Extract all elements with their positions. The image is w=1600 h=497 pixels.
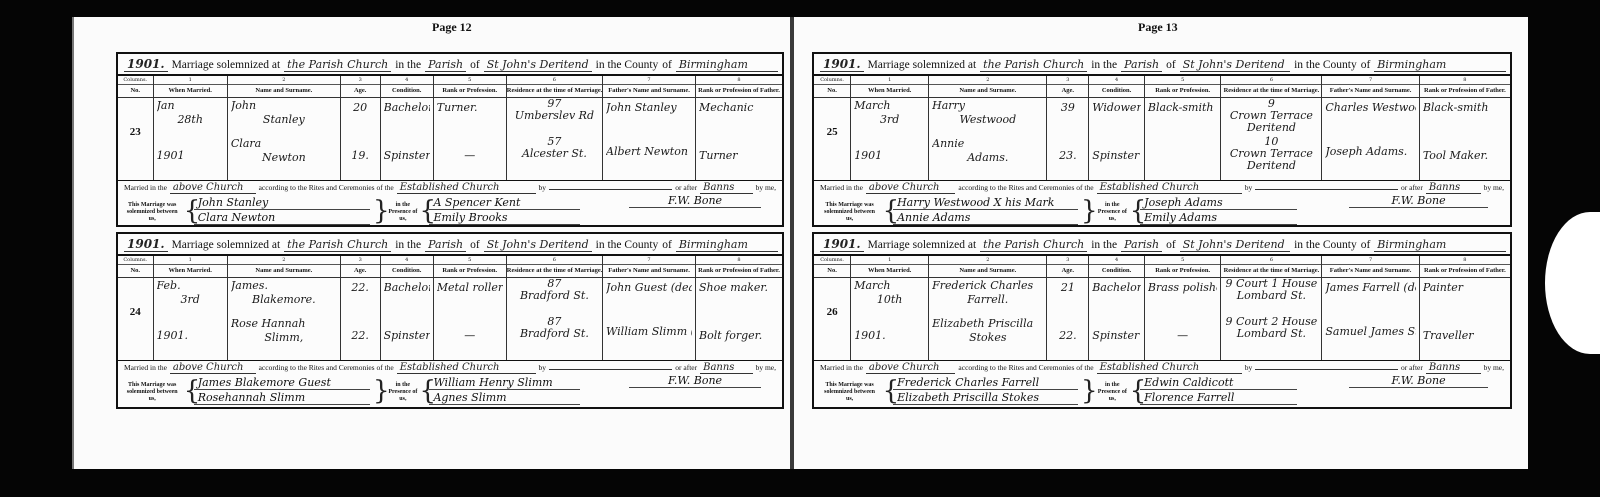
cell-residence: Bradford St. (510, 328, 599, 340)
column-number: 5 (1145, 76, 1221, 85)
bride-signature: Rosehannah Slimm (194, 391, 371, 405)
witness1-signature: Joseph Adams (1140, 196, 1297, 210)
church-field: above Church (170, 362, 256, 374)
cell-age: 21 (1050, 282, 1085, 294)
label-rites: according to the Rites and Ceremonies of… (958, 363, 1093, 372)
label-by-me: by me, (1484, 183, 1504, 192)
church-field: above Church (866, 182, 956, 194)
column-header-father-rank: Rank or Profession of Father. (696, 85, 782, 98)
page-edge-highlight (1545, 212, 1600, 354)
column-header-residence: Residence at the time of Marriage. (1221, 85, 1321, 98)
cell-condition: Bachelor. (384, 282, 430, 294)
column-header-name: Name and Surname. (929, 85, 1046, 98)
groom-signature: Harry Westwood X his Mark (893, 196, 1078, 210)
cell-name: Blakemore. (231, 294, 337, 306)
column-condition: 4 Condition.BachelorSpinster (380, 76, 433, 180)
married-in-line: Married in the above Church according to… (124, 362, 776, 374)
cell-condition: Spinster (1092, 330, 1141, 342)
entry-number: 24 (118, 306, 153, 318)
cell-when-married: 28th (157, 114, 224, 126)
column-father-name: 7 Father's Name and Surname.John Guest (… (602, 256, 695, 360)
cell-father-name: John Stanley (606, 102, 692, 114)
cell-age: 20 (344, 102, 377, 114)
column-header-residence: Residence at the time of Marriage. (1221, 265, 1321, 278)
groom-signature: James Blakemore Guest (194, 376, 371, 390)
county-field: Birmingham (1374, 58, 1506, 72)
cell-father-rank: Tool Maker. (1423, 150, 1507, 162)
label-of: of (1361, 239, 1371, 251)
column-header-residence: Residence at the time of Marriage. (507, 265, 602, 278)
column-father-rank: 8 Rank or Profession of Father.Black-smi… (1419, 76, 1510, 180)
label-by: by (1245, 183, 1253, 192)
column-rank: 5 Rank or Profession.Black-smith (1144, 76, 1221, 180)
entry-year: 1901. (124, 237, 168, 252)
cell-father-name: William Slimm (dead) (606, 326, 692, 338)
label-by-me: by me, (756, 363, 776, 372)
column-header-age: Age. (341, 265, 380, 278)
column-header-no: No. (814, 265, 850, 278)
column-number: 7 (603, 76, 695, 85)
label-rites: according to the Rites and Ceremonies of… (958, 183, 1093, 192)
county-field: Birmingham (676, 238, 778, 252)
cell-condition: Bachelor (384, 102, 430, 114)
column-condition: 4 Condition.Bachelor.Spinster (380, 256, 433, 360)
signature-block: This Marriage was solemnized between us,… (820, 196, 1504, 226)
column-number: 4 (381, 256, 433, 265)
label-or-after: or after (675, 183, 697, 192)
banns-field: Banns (1426, 362, 1481, 374)
cell-when-married: Jan (157, 100, 224, 112)
column-header-father-name: Father's Name and Surname. (603, 265, 695, 278)
blank-field (549, 189, 672, 190)
label-of: of (1166, 59, 1176, 71)
column-number: 2 (228, 256, 340, 265)
cell-father-rank: Traveller (1423, 330, 1507, 342)
cell-name: Stanley (231, 114, 337, 126)
page-number-12: Page 12 (432, 20, 472, 35)
cell-residence: Crown Terrace (1224, 110, 1318, 122)
entry-year: 1901. (124, 57, 168, 72)
column-number: 7 (603, 256, 695, 265)
column-number: 6 (1221, 76, 1321, 85)
entry-title-line: 1901. Marriage solemnized at the Parish … (124, 237, 778, 252)
district-type-field: Parish (1121, 58, 1162, 72)
column-age: 3 Age.22.22. (340, 256, 380, 360)
witness1-signature: A Spencer Kent (429, 196, 579, 210)
column-age: 3 Age.3923. (1046, 76, 1088, 180)
cell-father-rank: Shoe maker. (699, 282, 779, 294)
column-rank: 5 Rank or Profession.Metal roller— (433, 256, 506, 360)
rites-field: Established Church (1097, 182, 1242, 194)
officiant-signature: F.W. Bone (629, 194, 762, 208)
column-residence: 6 Residence at the time of Marriage.97Um… (506, 76, 602, 180)
label-in-the: in the (1091, 239, 1117, 251)
cell-father-rank: Bolt forger. (699, 330, 779, 342)
column-number: 8 (1420, 76, 1510, 85)
label-of: of (1166, 239, 1176, 251)
label-solemnized: Marriage solemnized at (868, 59, 977, 71)
label-or-after: or after (675, 363, 697, 372)
column-number: 7 (1322, 256, 1418, 265)
church-field: above Church (866, 362, 956, 374)
cell-when-married: 1901. (854, 330, 925, 342)
column-header-no: No. (118, 265, 153, 278)
column-header-age: Age. (1047, 265, 1088, 278)
cell-name: Slimm, (231, 332, 337, 344)
label-solemnized: Marriage solemnized at (172, 59, 281, 71)
label-of: of (662, 239, 672, 251)
cell-residence: 9 Court 1 House (1224, 278, 1318, 290)
column-father-name: 7 Father's Name and Surname.Charles West… (1321, 76, 1418, 180)
column-father-rank: 8 Rank or Profession of Father.Shoe make… (695, 256, 782, 360)
label-solemnized-between: This Marriage was solemnized between us, (124, 202, 180, 223)
label-in-the: in the (395, 59, 421, 71)
banns-field: Banns (700, 362, 752, 374)
label-rites: according to the Rites and Ceremonies of… (259, 363, 394, 372)
cell-residence: Lombard St. (1224, 290, 1318, 302)
witness1-signature: William Henry Slimm (429, 376, 579, 390)
blank-field (549, 369, 672, 370)
cell-father-name: Samuel James Stokes (dead) (1325, 326, 1415, 338)
cell-residence: Umberslev Rd (510, 110, 599, 122)
column-header-father-name: Father's Name and Surname. (1322, 85, 1418, 98)
column-age: 3 Age.2122. (1046, 256, 1088, 360)
signature-block: This Marriage was solemnized between us,… (124, 376, 776, 406)
column-header-father-rank: Rank or Profession of Father. (696, 265, 782, 278)
cell-father-rank: Mechanic (699, 102, 779, 114)
district-field: St John's Deritend (484, 238, 592, 252)
cell-name: Harry (932, 100, 1043, 112)
column-header-no: No. (118, 85, 153, 98)
cell-when-married: 3rd (157, 294, 224, 306)
officiant-signature: F.W. Bone (1349, 194, 1488, 208)
label-solemnized: Marriage solemnized at (172, 239, 281, 251)
cell-father-name: John Guest (dead) (606, 282, 692, 294)
cell-age: 19. (344, 150, 377, 162)
cell-name: Annie (932, 138, 1043, 150)
groom-signature: Frederick Charles Farrell (893, 376, 1078, 390)
column-header-name: Name and Surname. (228, 85, 340, 98)
entry-year: 1901. (820, 237, 864, 252)
column-number: 2 (228, 76, 340, 85)
column-no: Columns. No.25 (814, 76, 850, 180)
label-of: of (662, 59, 672, 71)
cell-rank: — (437, 150, 503, 162)
column-number: Columns. (814, 256, 850, 265)
column-age: 3 Age.2019. (340, 76, 380, 180)
cell-condition: Spinster (384, 330, 430, 342)
label-by-me: by me, (756, 183, 776, 192)
column-header-father-rank: Rank or Profession of Father. (1420, 85, 1510, 98)
column-header-condition: Condition. (381, 265, 433, 278)
bride-signature: Annie Adams (893, 211, 1078, 225)
banns-field: Banns (700, 182, 752, 194)
entry-title-line: 1901. Marriage solemnized at the Parish … (820, 57, 1506, 72)
cell-age: 39 (1050, 102, 1085, 114)
column-no: Columns. No.26 (814, 256, 850, 360)
column-number: 3 (341, 256, 380, 265)
cell-father-name: Albert Newton (606, 146, 692, 158)
column-no: Columns. No.24 (118, 256, 153, 360)
officiant-signature: F.W. Bone (629, 374, 762, 388)
column-number: 8 (696, 76, 782, 85)
label-married-in: Married in the (820, 363, 863, 372)
column-number: Columns. (118, 256, 153, 265)
signature-block: This Marriage was solemnized between us,… (820, 376, 1504, 406)
bride-signature: Clara Newton (194, 211, 371, 225)
label-county: in the County (1294, 239, 1357, 251)
cell-rank: — (437, 330, 503, 342)
column-number: 1 (154, 256, 227, 265)
label-by: by (539, 363, 547, 372)
column-residence: 6 Residence at the time of Marriage.9 Co… (1220, 256, 1321, 360)
column-number: 4 (1089, 256, 1144, 265)
district-field: St John's Deritend (484, 58, 592, 72)
district-field: St John's Deritend (1180, 238, 1290, 252)
column-father-rank: 8 Rank or Profession of Father.PainterTr… (1419, 256, 1510, 360)
cell-condition: Spinster (1092, 150, 1141, 162)
entry-number: 23 (118, 126, 153, 138)
label-married-in: Married in the (124, 363, 167, 372)
label-of: of (470, 59, 480, 71)
cell-residence: 57 (510, 136, 599, 148)
cell-rank: Brass polisher (1148, 282, 1218, 294)
cell-age: 23. (1050, 150, 1085, 162)
column-residence: 6 Residence at the time of Marriage.9Cro… (1220, 76, 1321, 180)
entry-title-line: 1901. Marriage solemnized at the Parish … (124, 57, 778, 72)
cell-residence: Bradford St. (510, 290, 599, 302)
column-number: 1 (851, 76, 928, 85)
column-number: 4 (381, 76, 433, 85)
cell-when-married: 10th (854, 294, 925, 306)
label-rites: according to the Rites and Ceremonies of… (259, 183, 394, 192)
cell-residence: 10 (1224, 136, 1318, 148)
married-in-line: Married in the above Church according to… (820, 362, 1504, 374)
column-header-rank: Rank or Profession. (1145, 265, 1221, 278)
cell-residence: Crown Terrace (1224, 148, 1318, 160)
column-header-father-name: Father's Name and Surname. (1322, 265, 1418, 278)
blank-field (1255, 369, 1398, 370)
column-header-condition: Condition. (1089, 265, 1144, 278)
witness2-signature: Emily Brooks (429, 211, 579, 225)
cell-father-rank: Painter (1423, 282, 1507, 294)
label-married-in: Married in the (124, 183, 167, 192)
cell-rank: — (1148, 330, 1218, 342)
column-header-name: Name and Surname. (929, 265, 1046, 278)
column-header-when-married: When Married. (851, 265, 928, 278)
cell-name: Clara (231, 138, 337, 150)
column-condition: 4 Condition.WidowerSpinster (1088, 76, 1144, 180)
column-name: 2 Name and Surname.JohnStanleyClaraNewto… (227, 76, 340, 180)
register-entry-24: 1901. Marriage solemnized at the Parish … (116, 232, 784, 409)
column-header-father-name: Father's Name and Surname. (603, 85, 695, 98)
county-field: Birmingham (1374, 238, 1506, 252)
entry-table: Columns. No.26 1 When Married.March10th1… (814, 254, 1510, 361)
label-county: in the County (596, 59, 659, 71)
column-number: 2 (929, 76, 1046, 85)
label-by-me: by me, (1484, 363, 1504, 372)
column-number: 3 (1047, 76, 1088, 85)
district-type-field: Parish (1121, 238, 1162, 252)
cell-age: 22. (1050, 330, 1085, 342)
column-father-name: 7 Father's Name and Surname.John Stanley… (602, 76, 695, 180)
cell-rank: Turner. (437, 102, 503, 114)
entry-title-line: 1901. Marriage solemnized at the Parish … (820, 237, 1506, 252)
label-married-in: Married in the (820, 183, 863, 192)
label-solemnized-between: This Marriage was solemnized between us, (820, 382, 879, 403)
column-header-no: No. (814, 85, 850, 98)
column-number: 7 (1322, 76, 1418, 85)
married-in-line: Married in the above Church according to… (124, 182, 776, 194)
column-header-residence: Residence at the time of Marriage. (507, 85, 602, 98)
entry-year: 1901. (820, 57, 864, 72)
cell-name: John (231, 100, 337, 112)
column-number: 1 (851, 256, 928, 265)
cell-condition: Widower (1092, 102, 1141, 114)
column-header-rank: Rank or Profession. (434, 85, 506, 98)
label-county: in the County (1294, 59, 1357, 71)
cell-residence: 87 (510, 278, 599, 290)
label-presence: in the Presence of us, (386, 382, 419, 403)
column-header-father-rank: Rank or Profession of Father. (1420, 265, 1510, 278)
cell-residence: Deritend (1224, 122, 1318, 134)
register-entry-25: 1901. Marriage solemnized at the Parish … (812, 52, 1512, 227)
register-entry-23: 1901. Marriage solemnized at the Parish … (116, 52, 784, 227)
column-header-when-married: When Married. (851, 85, 928, 98)
cell-residence: 97 (510, 98, 599, 110)
entry-table: Columns. No.23 1 When Married.Jan28th190… (118, 74, 782, 181)
column-name: 2 Name and Surname.James.Blakemore.Rose … (227, 256, 340, 360)
column-header-when-married: When Married. (154, 265, 227, 278)
place-field: the Parish Church (284, 238, 391, 252)
column-residence: 6 Residence at the time of Marriage.87Br… (506, 256, 602, 360)
witness2-signature: Florence Farrell (1140, 391, 1297, 405)
entry-table: Columns. No.25 1 When Married.March3rd19… (814, 74, 1510, 181)
column-rank: 5 Rank or Profession.Brass polisher— (1144, 256, 1221, 360)
column-number: 6 (1221, 256, 1321, 265)
cell-name: Adams. (932, 152, 1043, 164)
cell-residence: 87 (510, 316, 599, 328)
column-header-name: Name and Surname. (228, 265, 340, 278)
cell-when-married: 1901 (157, 150, 224, 162)
cell-when-married: 1901. (157, 330, 224, 342)
married-in-line: Married in the above Church according to… (820, 182, 1504, 194)
column-number: 3 (1047, 256, 1088, 265)
cell-when-married: 3rd (854, 114, 925, 126)
column-number: 4 (1089, 76, 1144, 85)
cell-condition: Spinster (384, 150, 430, 162)
label-of: of (1361, 59, 1371, 71)
register-entry-26: 1901. Marriage solemnized at the Parish … (812, 232, 1512, 409)
cell-name: Newton (231, 152, 337, 164)
column-header-when-married: When Married. (154, 85, 227, 98)
district-type-field: Parish (425, 238, 466, 252)
banns-field: Banns (1426, 182, 1481, 194)
label-of: of (470, 239, 480, 251)
label-or-after: or after (1401, 363, 1423, 372)
column-name: 2 Name and Surname.Frederick CharlesFarr… (928, 256, 1046, 360)
column-header-rank: Rank or Profession. (434, 265, 506, 278)
label-presence: in the Presence of us, (1095, 382, 1130, 403)
label-by: by (539, 183, 547, 192)
cell-residence: Alcester St. (510, 148, 599, 160)
column-when-married: 1 When Married.Feb.3rd1901. (153, 256, 227, 360)
bride-signature: Elizabeth Priscilla Stokes (893, 391, 1078, 405)
column-number: 6 (507, 76, 602, 85)
entry-number: 26 (814, 306, 850, 318)
column-when-married: 1 When Married.March3rd1901 (850, 76, 928, 180)
column-number: 1 (154, 76, 227, 85)
column-header-age: Age. (341, 85, 380, 98)
entry-table: Columns. No.24 1 When Married.Feb.3rd190… (118, 254, 782, 361)
district-type-field: Parish (425, 58, 466, 72)
column-when-married: 1 When Married.Jan28th1901 (153, 76, 227, 180)
column-number: 6 (507, 256, 602, 265)
cell-age: 22. (344, 330, 377, 342)
cell-father-rank: Black-smith (1423, 102, 1507, 114)
cell-rank: Metal roller (437, 282, 503, 294)
column-condition: 4 Condition.BachelorSpinster (1088, 256, 1144, 360)
label-county: in the County (596, 239, 659, 251)
label-solemnized: Marriage solemnized at (868, 239, 977, 251)
cell-residence: 9 (1224, 98, 1318, 110)
cell-name: Farrell. (932, 294, 1043, 306)
column-number: 8 (1420, 256, 1510, 265)
cell-when-married: 1901 (854, 150, 925, 162)
label-presence: in the Presence of us, (1095, 202, 1130, 223)
witness1-signature: Edwin Caldicott (1140, 376, 1297, 390)
groom-signature: John Stanley (194, 196, 371, 210)
witness2-signature: Emily Adams (1140, 211, 1297, 225)
blank-field (1255, 189, 1398, 190)
column-number: 5 (434, 76, 506, 85)
label-presence: in the Presence of us, (386, 202, 419, 223)
column-father-rank: 8 Rank or Profession of Father.MechanicT… (695, 76, 782, 180)
cell-father-name: Joseph Adams. (1325, 146, 1415, 158)
cell-name: Rose Hannah (231, 318, 337, 330)
cell-residence: 9 Court 2 House (1224, 316, 1318, 328)
column-rank: 5 Rank or Profession.Turner.— (433, 76, 506, 180)
rites-field: Established Church (1097, 362, 1242, 374)
cell-father-rank: Turner (699, 150, 779, 162)
label-by: by (1245, 363, 1253, 372)
rites-field: Established Church (397, 362, 536, 374)
column-number: 8 (696, 256, 782, 265)
cell-name: Elizabeth Priscilla (932, 318, 1043, 330)
column-header-condition: Condition. (381, 85, 433, 98)
witness2-signature: Agnes Slimm (429, 391, 579, 405)
column-number: 2 (929, 256, 1046, 265)
column-number: Columns. (118, 76, 153, 85)
column-no: Columns. No.23 (118, 76, 153, 180)
cell-residence: Lombard St. (1224, 328, 1318, 340)
place-field: the Parish Church (284, 58, 391, 72)
cell-name: Stokes (932, 332, 1043, 344)
label-in-the: in the (1091, 59, 1117, 71)
cell-when-married: March (854, 100, 925, 112)
district-field: St John's Deritend (1180, 58, 1290, 72)
cell-father-name: Charles Westwood (1325, 102, 1415, 114)
entry-number: 25 (814, 126, 850, 138)
column-number: 5 (434, 256, 506, 265)
page-number-13: Page 13 (1138, 20, 1178, 35)
column-header-condition: Condition. (1089, 85, 1144, 98)
label-or-after: or after (1401, 183, 1423, 192)
church-field: above Church (170, 182, 256, 194)
cell-rank: Black-smith (1148, 102, 1218, 114)
cell-name: Frederick Charles (932, 280, 1043, 292)
column-number: 3 (341, 76, 380, 85)
